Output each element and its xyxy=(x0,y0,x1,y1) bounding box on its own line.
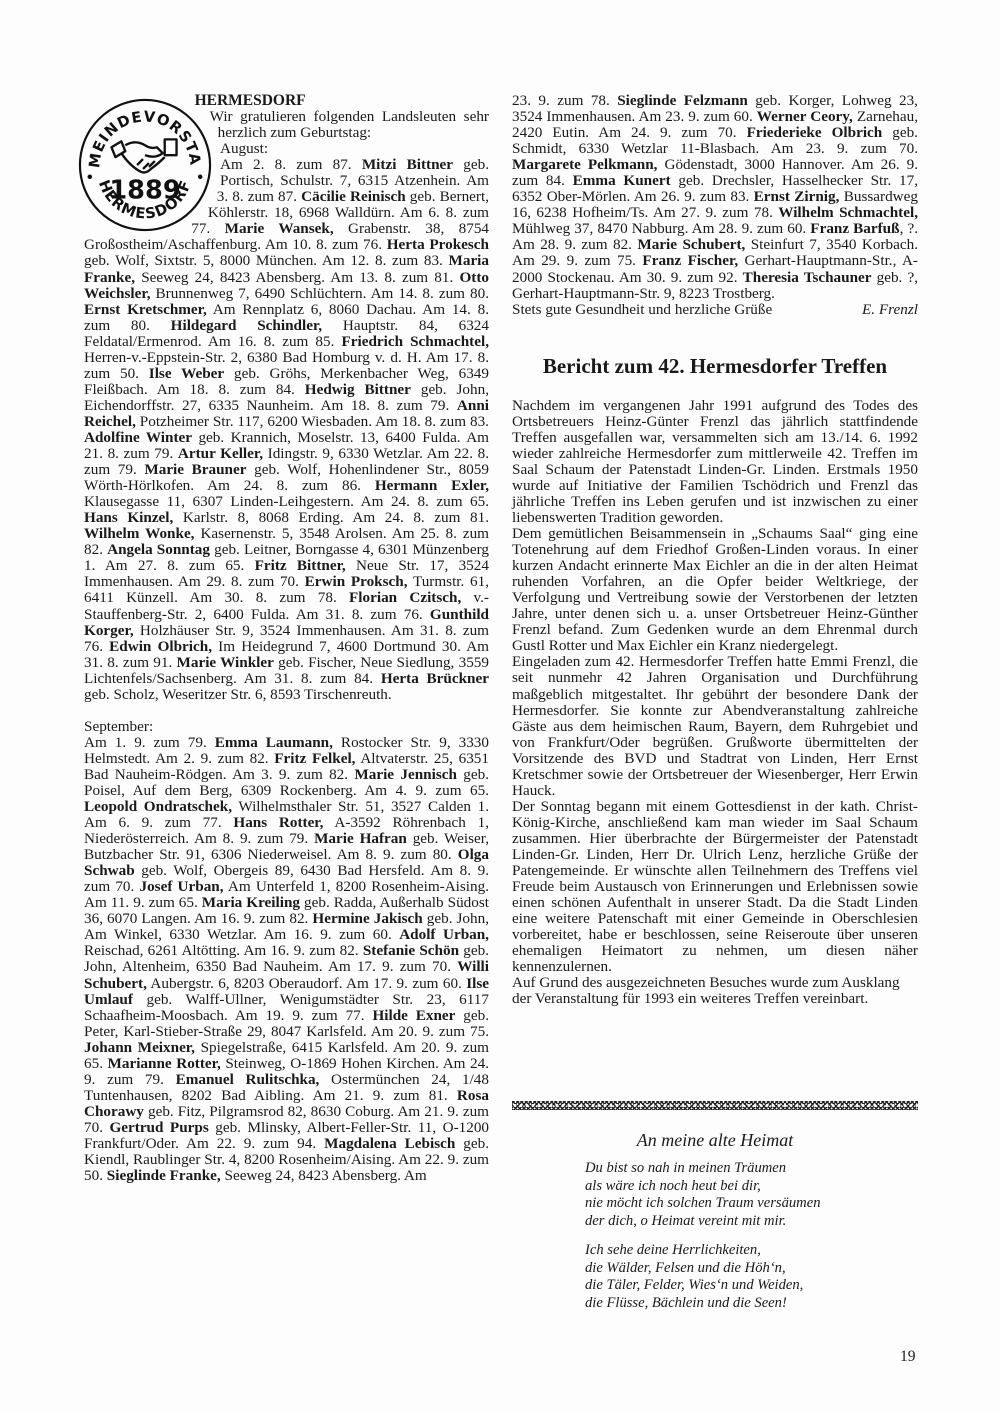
person-name: Herta Prokesch xyxy=(387,236,489,253)
person-name: Erwin Proksch, xyxy=(305,573,408,590)
report-paragraph: Der Sonntag begann mit einem Gottesdiens… xyxy=(512,799,918,976)
report-paragraph: Nachdem im vergangenen Jahr 1991 aufgrun… xyxy=(512,398,918,526)
svg-text:1889: 1889 xyxy=(109,176,180,206)
person-name: Hans Rotter, xyxy=(233,814,323,831)
birthday-entry: Am 28. 9. zum 60. Franz Barfuß, ?. xyxy=(692,220,918,237)
person-name: Gertrud Purps xyxy=(109,1119,208,1136)
person-name: Leopold Ondratschek, xyxy=(84,798,232,815)
september-birthday-list: Am 1. 9. zum 79. Emma Laumann, Rostocker… xyxy=(84,735,489,1184)
person-name: Marianne Rotter, xyxy=(108,1055,221,1072)
poem-line: die Wälder, Felsen und die Höh‘n, xyxy=(585,1260,821,1278)
person-name: Hilde Exner xyxy=(372,1007,455,1024)
person-name: Johann Meixner, xyxy=(84,1039,195,1056)
poem-line: die Flüsse, Bächlein und die Seen! xyxy=(585,1295,821,1313)
person-name: Cäcilie Reinisch xyxy=(301,188,406,205)
person-name: Wilhelm Schmachtel, xyxy=(778,204,918,221)
poem-title: An meine alte Heimat xyxy=(512,1130,918,1151)
person-name: Emma Kunert xyxy=(573,172,671,189)
person-name: Adolf Urban, xyxy=(399,926,489,943)
person-name: Stefanie Schön xyxy=(363,942,459,959)
birthday-entry: Am 2. 8. zum 87. Mitzi Bittner geb. Port… xyxy=(220,156,489,189)
person-name: Sieglinde Felzmann xyxy=(617,92,748,109)
person-name: Ernst Kretschmer, xyxy=(84,301,207,318)
person-name: Theresia Tschauner xyxy=(743,269,872,286)
month-label-september: September: xyxy=(84,719,489,735)
person-name: Hedwig Bittner xyxy=(305,381,411,398)
closing-greeting: Stets gute Gesundheit und herzliche Grüß… xyxy=(512,302,772,318)
august-birthday-list: Am 2. 8. zum 87. Mitzi Bittner geb. Port… xyxy=(84,157,489,703)
poem-line: Du bist so nah in meinen Träumen xyxy=(585,1160,821,1178)
person-name: Emanuel Rulitschka, xyxy=(176,1071,320,1088)
poem-line: als wäre ich noch heut bei dir, xyxy=(585,1178,821,1196)
poem-stanza: Ich sehe deine Herrlichkeiten, die Wälde… xyxy=(585,1242,821,1312)
svg-text:GEMEINDEVORSTAND: GEMEINDEVORSTAND xyxy=(76,95,204,169)
gemeindevorstand-seal-icon: GEMEINDEVORSTAND HERMESDORF 1889 xyxy=(76,95,214,235)
handshake-icon xyxy=(111,139,176,172)
poem-line: die Täler, Felder, Wies‘n und Weiden, xyxy=(585,1277,821,1295)
decorative-divider xyxy=(512,1101,918,1110)
report-paragraph: Auf Grund des ausgezeichneten Besuches w… xyxy=(512,975,918,1007)
person-name: Sieglinde Franke, xyxy=(107,1167,221,1184)
person-name: Margarete Pelkmann, xyxy=(512,156,657,173)
person-name: Friederieke Olbrich xyxy=(747,124,883,141)
person-name: Marie Wansek, xyxy=(225,220,334,237)
person-name: Ernst Zirnig, xyxy=(754,188,840,205)
person-name: Friedrich Schmachtel, xyxy=(341,333,489,350)
poem-stanza: Du bist so nah in meinen Träumen als wär… xyxy=(585,1160,821,1230)
person-name: Edwin Olbrich, xyxy=(109,638,212,655)
person-name: Marie Jennisch xyxy=(354,766,457,783)
person-name: Herta Brückner xyxy=(381,670,489,687)
person-name: Marie Brauner xyxy=(144,461,246,478)
person-name: Adolfine Winter xyxy=(84,429,192,446)
person-name: Franz Barfuß xyxy=(810,220,899,237)
person-name: Franz Fischer, xyxy=(642,252,738,269)
person-name: Marie Schubert, xyxy=(637,236,745,253)
document-page: GEMEINDEVORSTAND HERMESDORF 1889 HERMESD… xyxy=(0,0,1000,1412)
person-name: Werner Ceory, xyxy=(757,108,853,125)
person-name: Josef Urban, xyxy=(139,878,223,895)
person-name: Magdalena Lebisch xyxy=(324,1135,455,1152)
person-name: Artur Keller, xyxy=(178,445,263,462)
birthday-column-left: GEMEINDEVORSTAND HERMESDORF 1889 HERMESD… xyxy=(84,93,489,1184)
person-name: Hildegard Schindler, xyxy=(171,317,322,334)
birthday-entry: Am 28. 9. zum 82. Marie Schubert, Steinf… xyxy=(512,236,918,253)
poem-line: der dich, o Heimat vereint mit mir. xyxy=(585,1213,821,1231)
poem: Du bist so nah in meinen Träumen als wär… xyxy=(585,1160,821,1324)
person-name: Hermine Jakisch xyxy=(312,910,422,927)
person-name: Fritz Bittner, xyxy=(255,557,346,574)
september-birthday-list-continued: 23. 9. zum 78. Sieglinde Felzmann geb. K… xyxy=(512,93,918,302)
person-name: Marie Winkler xyxy=(177,654,274,671)
person-name: Marie Hafran xyxy=(314,830,407,847)
person-name: Maria Kreiling xyxy=(202,894,300,911)
right-column: 23. 9. zum 78. Sieglinde Felzmann geb. K… xyxy=(512,93,918,1007)
page-number: 19 xyxy=(900,1348,916,1366)
person-name: Ilse Weber xyxy=(149,365,224,382)
poem-line: Ich sehe deine Herrlichkeiten, xyxy=(585,1242,821,1260)
person-name: Wilhelm Wonke, xyxy=(84,525,194,542)
closing-line: Stets gute Gesundheit und herzliche Grüß… xyxy=(512,302,918,318)
person-name: Mitzi Bittner xyxy=(362,156,453,173)
person-name: Angela Sonntag xyxy=(107,541,210,558)
poem-line: nie möcht ich solchen Traum versäumen xyxy=(585,1195,821,1213)
report-paragraph: Eingeladen zum 42. Hermesdorfer Treffen … xyxy=(512,654,918,798)
signature: E. Frenzl xyxy=(862,302,918,318)
person-name: Hans Kinzel, xyxy=(84,509,173,526)
person-name: Hermann Exler, xyxy=(375,477,489,494)
person-name: Emma Laumann, xyxy=(215,734,333,751)
person-name: Fritz Felkel, xyxy=(274,750,355,767)
report-title: Bericht zum 42. Hermesdorfer Treffen xyxy=(512,354,918,378)
report-paragraph: Dem gemütlichen Beisammensein in „Schaum… xyxy=(512,526,918,654)
person-name: Florian Czitsch, xyxy=(349,589,461,606)
